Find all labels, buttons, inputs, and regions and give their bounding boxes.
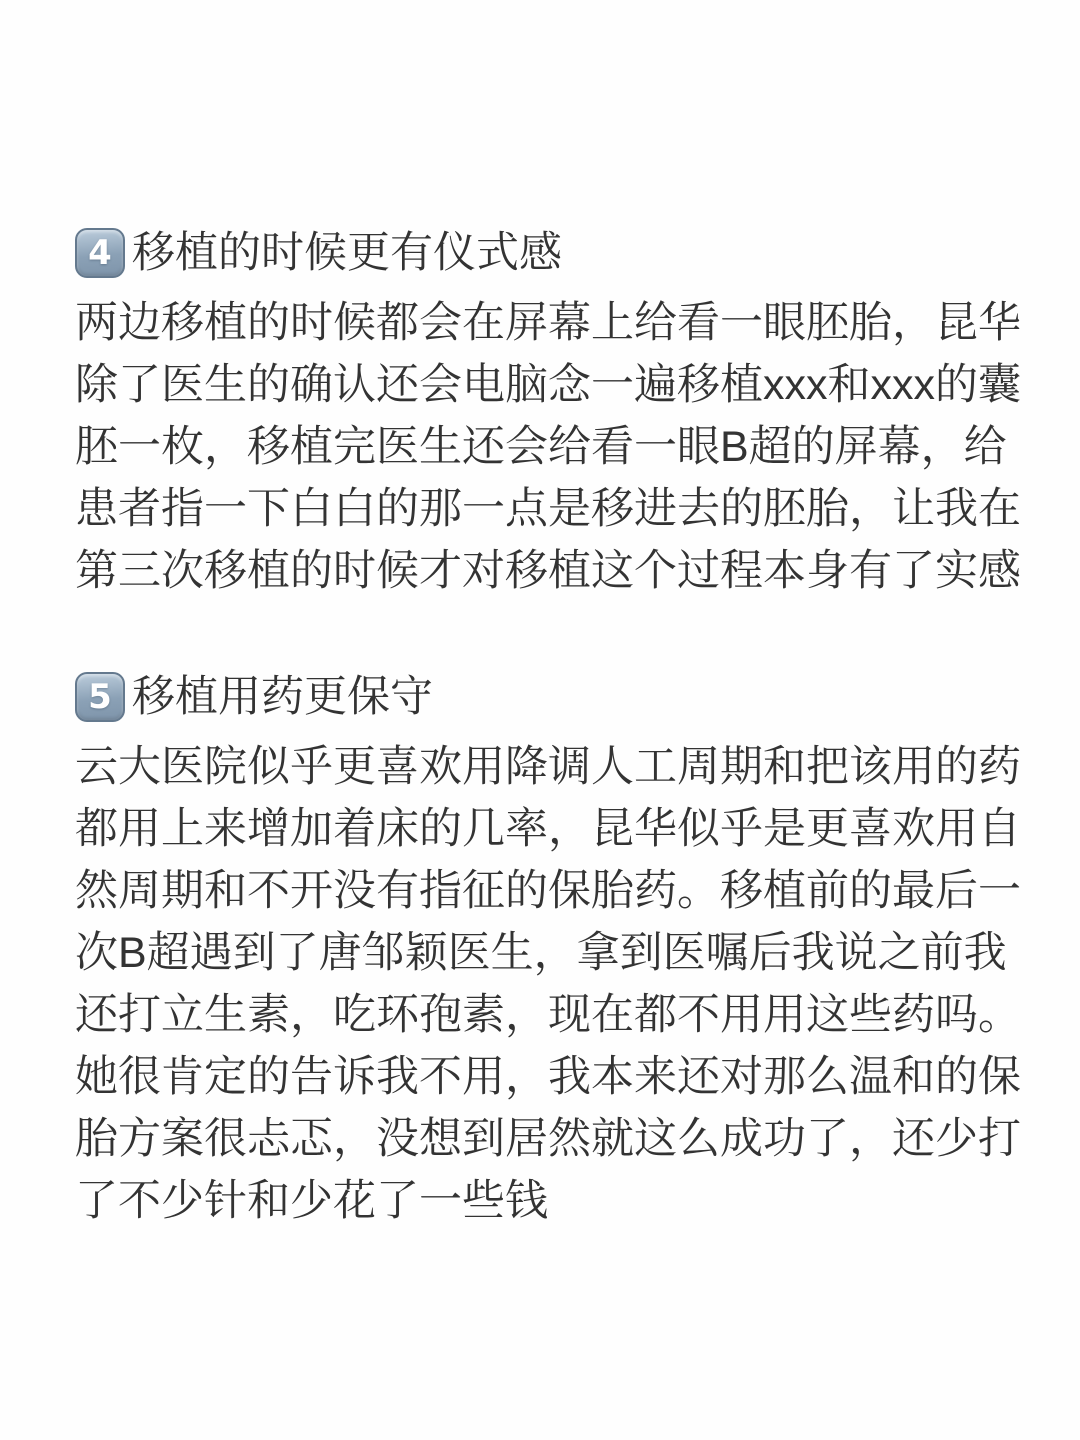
section-4: 4 移植的时候更有仪式感 两边移植的时候都会在屏幕上给看一眼胚胎，昆华除了医生的…: [75, 222, 1025, 602]
section-5-heading-row: 5 移植用药更保守: [75, 666, 1025, 728]
section-4-heading-row: 4 移植的时候更有仪式感: [75, 222, 1025, 284]
keycap-5-icon: 5: [75, 672, 125, 722]
keycap-5-digit: 5: [88, 680, 112, 714]
article-page: 4 移植的时候更有仪式感 两边移植的时候都会在屏幕上给看一眼胚胎，昆华除了医生的…: [0, 0, 1080, 1232]
section-4-body: 两边移植的时候都会在屏幕上给看一眼胚胎，昆华除了医生的确认还会电脑念一遍移植xx…: [75, 292, 1025, 602]
section-5: 5 移植用药更保守 云大医院似乎更喜欢用降调人工周期和把该用的药都用上来增加着床…: [75, 666, 1025, 1232]
section-4-title: 移植的时候更有仪式感: [132, 222, 562, 284]
section-5-title: 移植用药更保守: [132, 666, 433, 728]
keycap-4-icon: 4: [75, 228, 125, 278]
keycap-4-digit: 4: [88, 236, 112, 270]
section-5-body: 云大医院似乎更喜欢用降调人工周期和把该用的药都用上来增加着床的几率，昆华似乎是更…: [75, 736, 1025, 1232]
